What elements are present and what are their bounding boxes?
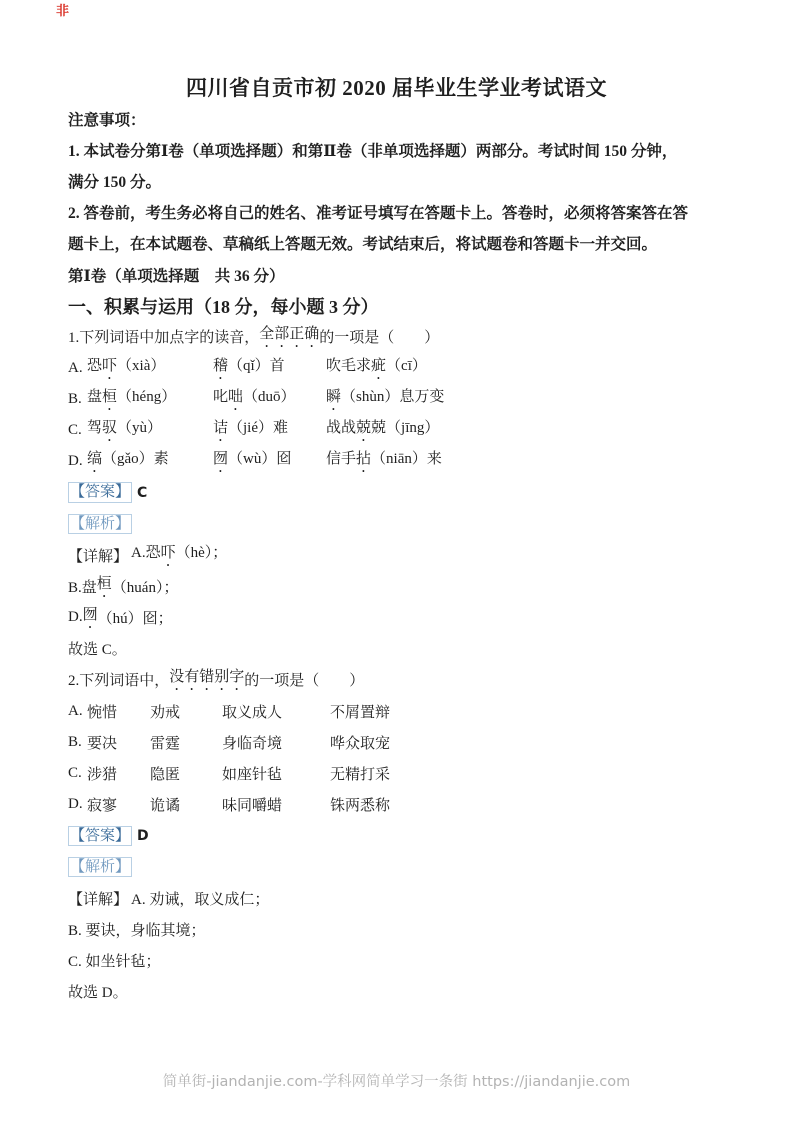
detail-label: 【详解】	[68, 888, 128, 909]
option-term: 恐吓（xià）	[87, 354, 213, 383]
option-term: 吹毛求疵（cī）	[326, 354, 427, 383]
option-term: 无精打采	[330, 763, 390, 784]
analysis-label: 【解析】	[68, 514, 132, 535]
q2-answer-line: 【答案】 D	[68, 820, 745, 851]
option-term: 铢两悉称	[330, 794, 390, 815]
option-term: 哗众取宠	[330, 732, 390, 753]
q2-conclusion: 故选 D。	[68, 976, 745, 1007]
option-label: B.	[68, 734, 87, 751]
notice-line: 1. 本试卷分第Ⅰ卷（单项选择题）和第Ⅱ卷（非单项选择题）两部分。考试时间 15…	[68, 134, 745, 165]
detail-label: 【详解】	[68, 545, 128, 566]
option-term: 诡谲	[150, 794, 222, 815]
q1-detail-line: 【详解】 A.恐吓（hè）；	[68, 540, 745, 571]
option-term: 身临奇境	[222, 732, 330, 753]
option-label: C.	[68, 422, 87, 439]
q2-detail-line: 【详解】 A. 劝诫，取义成仁；	[68, 883, 745, 914]
option-term: 劝戒	[150, 701, 222, 722]
option-term: 囫（wù）囵	[213, 447, 326, 476]
page-title: 四川省自贡市初 2020 届毕业生学业考试语文	[0, 72, 793, 102]
answer-value: C	[137, 485, 147, 501]
q2-option-row-d: D. 寂寥 诡谲 味同嚼蜡 铢两悉称	[68, 789, 745, 820]
q1-stem: 1.下列词语中加点字的读音，全部正确的一项是（ ）	[68, 321, 745, 352]
option-term: 瞬（shùn）息万变	[326, 385, 444, 414]
detail-text: A. 劝诫，取义成仁；	[131, 888, 269, 909]
option-term: 雷霆	[150, 732, 222, 753]
option-label: D.	[68, 796, 87, 813]
q1-detail-line: D.囫（hú）囵；	[68, 602, 745, 633]
option-term: 信手拈（niān）来	[326, 447, 442, 476]
answer-value: D	[137, 828, 149, 844]
q2-option-row-a: A. 惋惜 劝戒 取义成人 不屑置辩	[68, 696, 745, 727]
answer-label: 【答案】	[68, 826, 132, 847]
q2-detail-line: B. 要诀，身临其境；	[68, 914, 745, 945]
option-term: 缟（gǎo）素	[87, 447, 213, 476]
q2-analysis-line: 【解析】	[68, 852, 745, 883]
option-term: 取义成人	[222, 701, 330, 722]
q1-analysis-line: 【解析】	[68, 508, 745, 539]
notice-line: 题卡上，在本试题卷、草稿纸上答题无效。考试结束后，将试题卷和答题卡一并交回。	[68, 228, 745, 259]
q1-option-row-b: B. 盘桓（héng） 叱咄（duō） 瞬（shùn）息万变	[68, 384, 745, 415]
detail-text: A.恐吓（hè）；	[131, 541, 227, 570]
q2-option-row-b: B. 要决 雷霆 身临奇境 哗众取宠	[68, 727, 745, 758]
document-body: 注意事项： 1. 本试卷分第Ⅰ卷（单项选择题）和第Ⅱ卷（非单项选择题）两部分。考…	[68, 103, 745, 1007]
q2-stem: 2.下列词语中，没有错别字的一项是（ ）	[68, 664, 745, 695]
section1-heading: 一、积累与运用（18 分，每小题 3 分）	[68, 290, 745, 321]
option-term: 盘桓（héng）	[87, 385, 213, 414]
option-label: A.	[68, 703, 87, 720]
analysis-label: 【解析】	[68, 857, 132, 878]
option-term: 驾驭（yù）	[87, 416, 213, 445]
option-term: 涉猎	[87, 763, 150, 784]
corner-red-mark: 非	[56, 4, 69, 17]
option-label: B.	[68, 391, 87, 408]
q1-detail-line: B.盘桓（huán）；	[68, 571, 745, 602]
q1-conclusion: 故选 C。	[68, 633, 745, 664]
option-term: 战战兢兢（jīng）	[326, 416, 439, 445]
option-term: 要决	[87, 732, 150, 753]
option-term: 如座针毡	[222, 763, 330, 784]
option-term: 隐匿	[150, 763, 222, 784]
notice-line: 2. 答卷前，考生务必将自己的姓名、准考证号填写在答题卡上。答卷时，必须将答案答…	[68, 197, 745, 228]
q1-option-row-c: C. 驾驭（yù） 诘（jié）难 战战兢兢（jīng）	[68, 415, 745, 446]
q2-option-row-c: C. 涉猎 隐匿 如座针毡 无精打采	[68, 758, 745, 789]
q1-option-row-a: A. 恐吓（xià） 稽（qǐ）首 吹毛求疵（cī）	[68, 353, 745, 384]
q2-detail-line: C. 如坐针毡；	[68, 945, 745, 976]
part1-heading: 第Ⅰ卷（单项选择题 共 36 分）	[68, 259, 745, 290]
option-term: 叱咄（duō）	[213, 385, 326, 414]
option-term: 寂寥	[87, 794, 150, 815]
option-label: A.	[68, 360, 87, 377]
q1-option-row-d: D. 缟（gǎo）素 囫（wù）囵 信手拈（niān）来	[68, 446, 745, 477]
option-term: 不屑置辩	[330, 701, 390, 722]
option-term: 惋惜	[87, 701, 150, 722]
option-term: 诘（jié）难	[213, 416, 326, 445]
watermark: 简单街-jiandanjie.com-学科网简单学习一条街 https://ji…	[0, 1070, 793, 1091]
exam-paper-page: 非 四川省自贡市初 2020 届毕业生学业考试语文 注意事项： 1. 本试卷分第…	[0, 0, 793, 1122]
option-label: D.	[68, 453, 87, 470]
notice-line: 满分 150 分。	[68, 165, 745, 196]
q1-answer-line: 【答案】 C	[68, 477, 745, 508]
option-term: 味同嚼蜡	[222, 794, 330, 815]
notice-heading: 注意事项：	[68, 103, 745, 134]
option-label: C.	[68, 765, 87, 782]
option-term: 稽（qǐ）首	[213, 354, 326, 383]
answer-label: 【答案】	[68, 482, 132, 503]
